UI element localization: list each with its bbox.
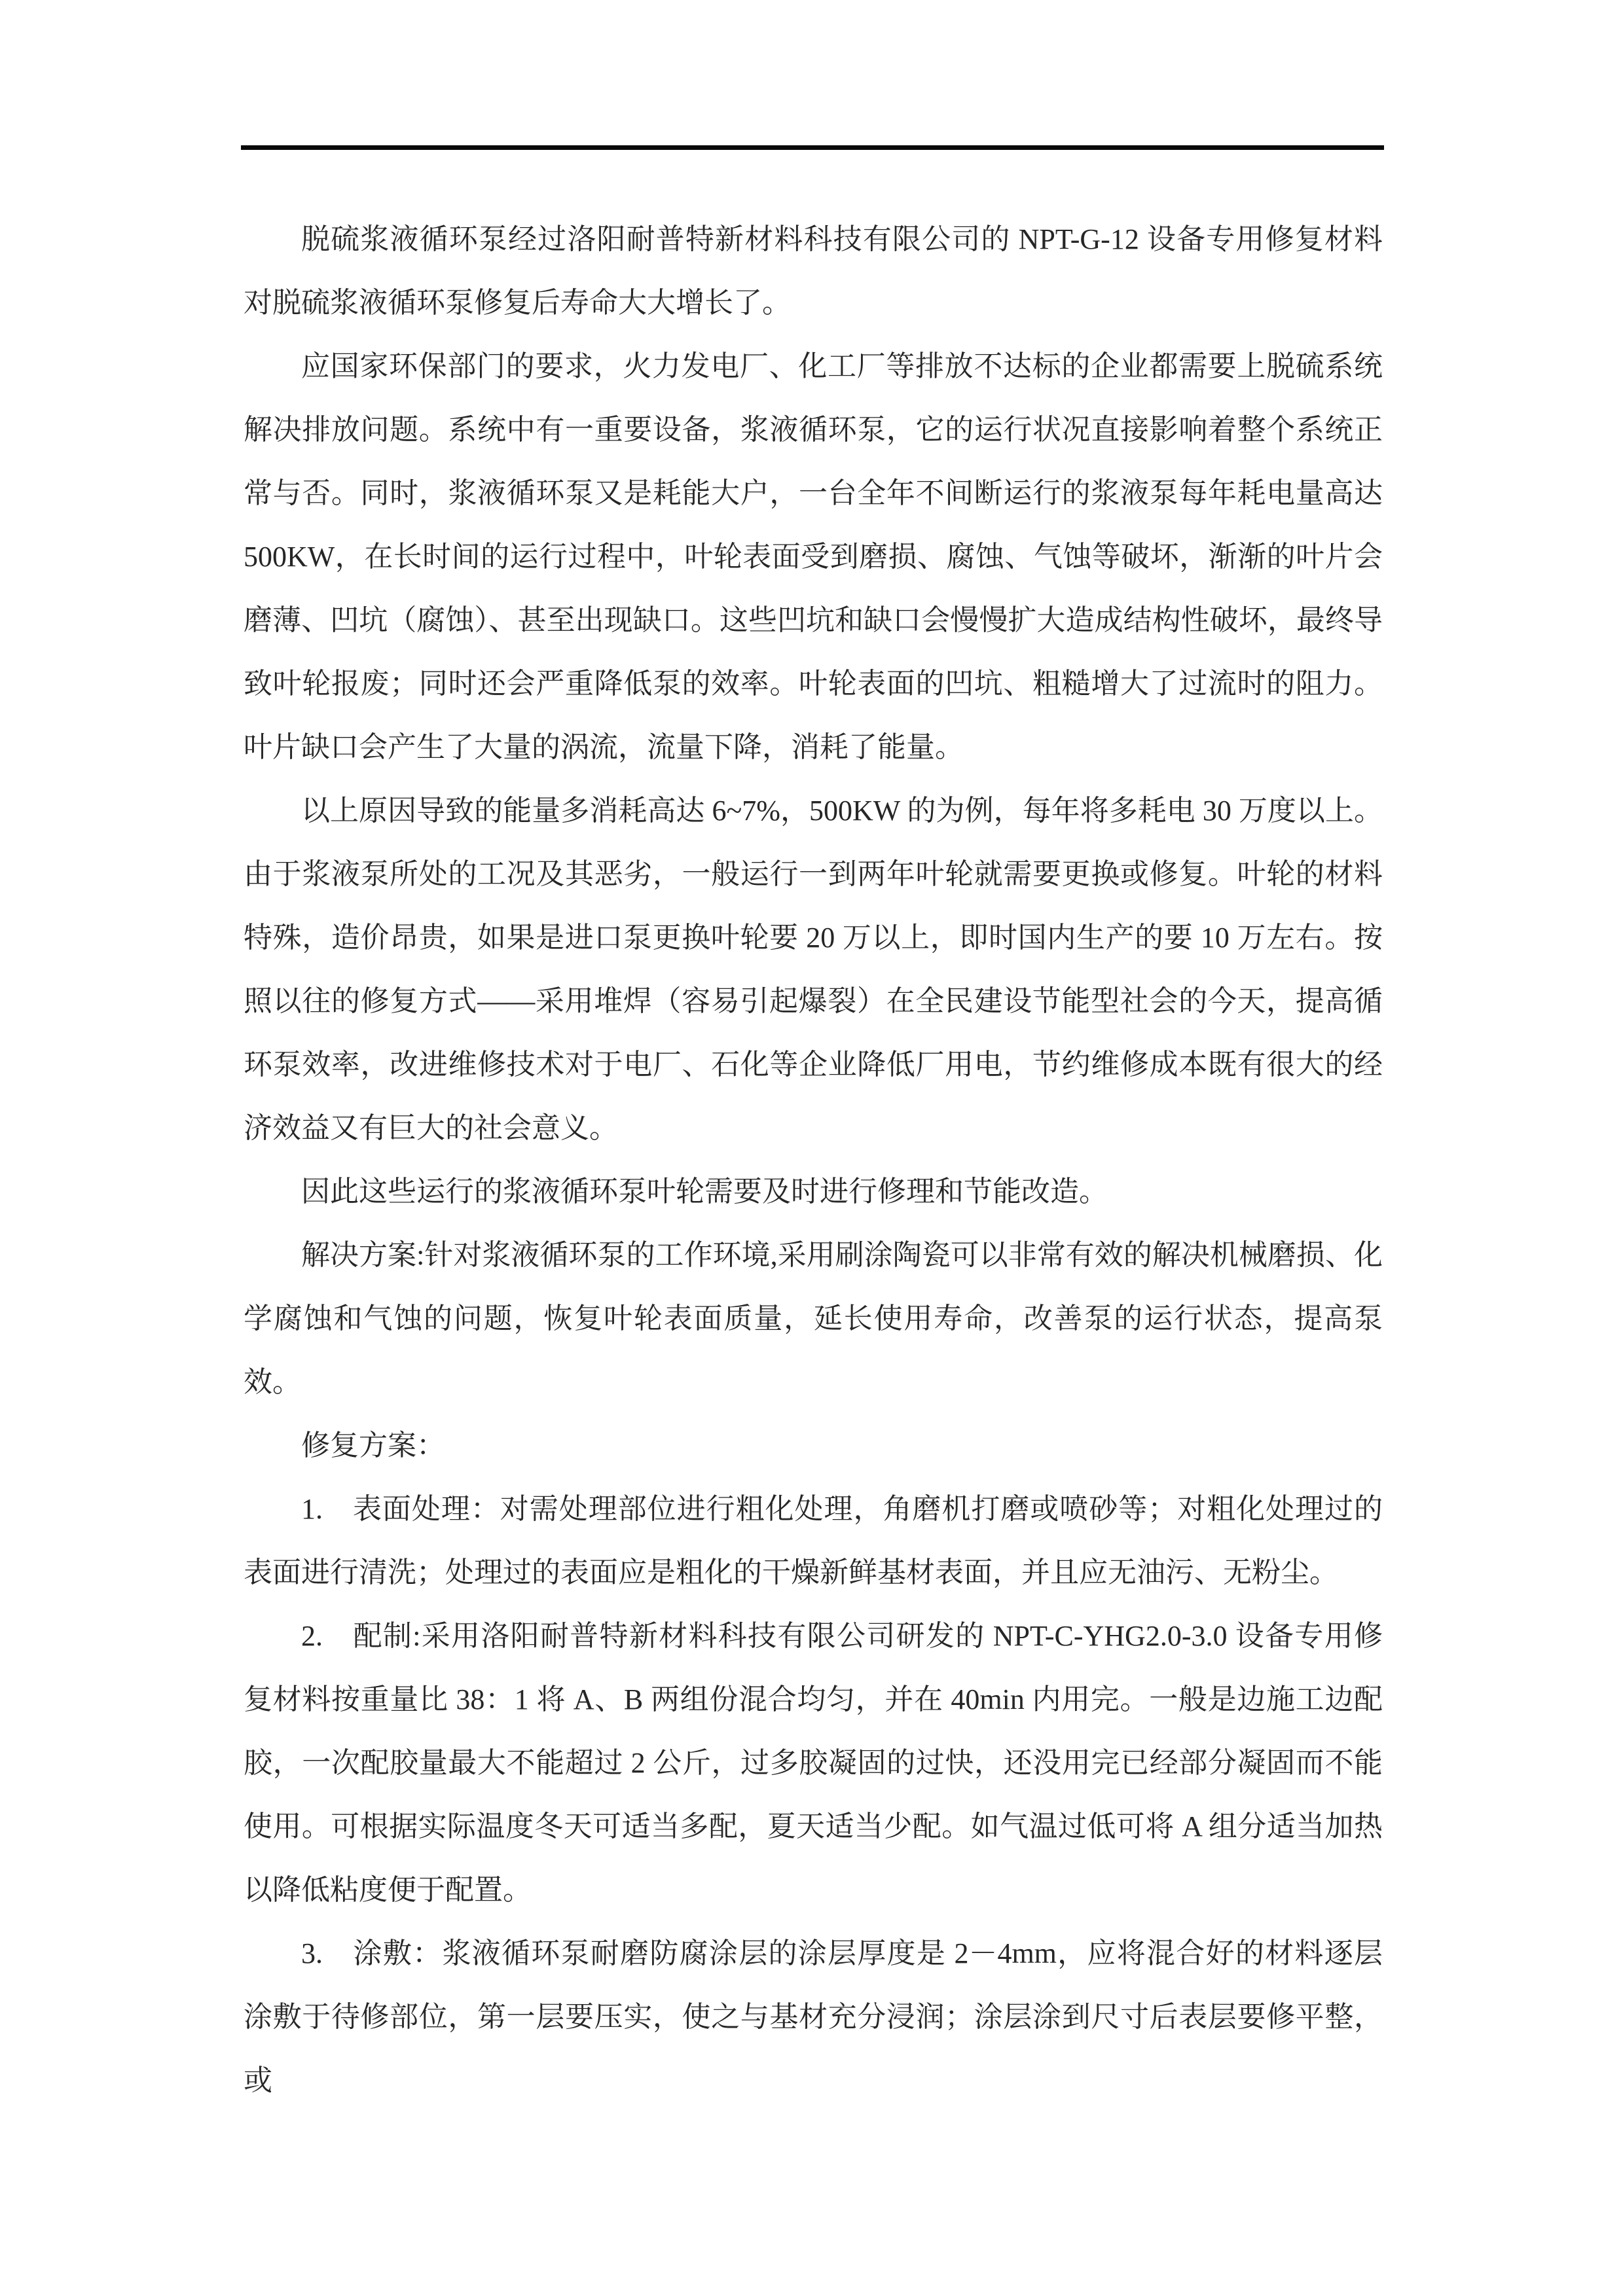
document-body: 脱硫浆液循环泵经过洛阳耐普特新材料科技有限公司的 NPT-G-12 设备专用修复…	[244, 207, 1383, 2112]
paragraph: 以上原因导致的能量多消耗高达 6~7%，500KW 的为例，每年将多耗电 30 …	[244, 779, 1383, 1160]
paragraph: 解决方案:针对浆液循环泵的工作环境,采用刷涂陶瓷可以非常有效的解决机械磨损、化学…	[244, 1223, 1383, 1414]
scanned-document-page: 脱硫浆液循环泵经过洛阳耐普特新材料科技有限公司的 NPT-G-12 设备专用修复…	[0, 0, 1623, 2296]
paragraph: 2. 配制:采用洛阳耐普特新材料科技有限公司研发的 NPT-C-YHG2.0-3…	[244, 1604, 1383, 1922]
paragraph: 应国家环保部门的要求，火力发电厂、化工厂等排放不达标的企业都需要上脱硫系统解决排…	[244, 334, 1383, 779]
paragraph: 脱硫浆液循环泵经过洛阳耐普特新材料科技有限公司的 NPT-G-12 设备专用修复…	[244, 207, 1383, 334]
paragraph: 3. 涂敷：浆液循环泵耐磨防腐涂层的涂层厚度是 2－4mm，应将混合好的材料逐层…	[244, 1922, 1383, 2112]
header-separator-rule	[241, 145, 1384, 150]
paragraph: 1. 表面处理：对需处理部位进行粗化处理，角磨机打磨或喷砂等；对粗化处理过的表面…	[244, 1477, 1383, 1604]
paragraph: 修复方案：	[244, 1414, 1383, 1477]
paragraph: 因此这些运行的浆液循环泵叶轮需要及时进行修理和节能改造。	[244, 1160, 1383, 1223]
